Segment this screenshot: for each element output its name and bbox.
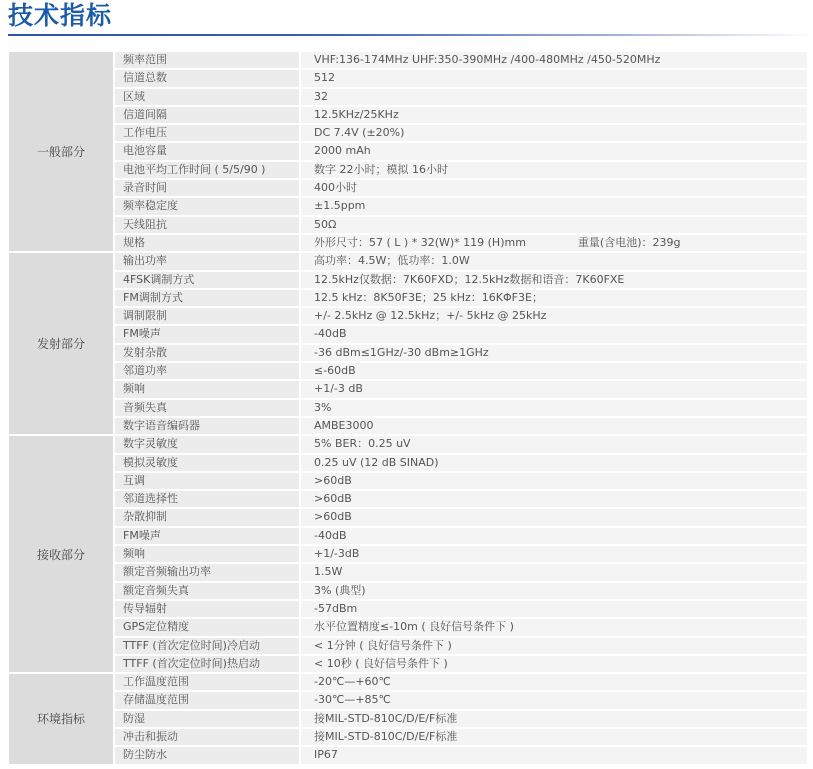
table-row: 互调>60dB xyxy=(115,473,807,489)
spec-value: 50Ω xyxy=(301,217,807,233)
spec-value: -57dBm xyxy=(301,601,807,617)
table-row: 信道总数512 xyxy=(115,70,807,86)
table-row: 额定音频输出功率1.5W xyxy=(115,564,807,580)
table-row: 防湿接MIL-STD-810C/D/E/F标准 xyxy=(115,711,807,727)
table-row: 数字语音编码器AMBE3000 xyxy=(115,418,807,434)
section-general: 一般部分 频率范围VHF:136-174MHz UHF:350-390MHz /… xyxy=(9,52,807,251)
spec-label: 传导辐射 xyxy=(115,601,299,617)
spec-label: 信道间隔 xyxy=(115,107,299,123)
spec-label: 防尘防水 xyxy=(115,747,299,763)
spec-label: 音频失真 xyxy=(115,400,299,416)
spec-value: +/- 2.5kHz @ 12.5kHz；+/- 5kHz @ 25kHz xyxy=(301,308,807,324)
spec-value: DC 7.4V (±20%) xyxy=(301,125,807,141)
spec-value: 2000 mAh xyxy=(301,143,807,159)
spec-value: < 10秒 ( 良好信号条件下 ) xyxy=(301,656,807,672)
spec-label: FM噪声 xyxy=(115,528,299,544)
table-row: 频响+1/-3 dB xyxy=(115,381,807,397)
section-header: 接收部分 xyxy=(9,436,113,672)
table-row: 传导辐射-57dBm xyxy=(115,601,807,617)
spec-label: TTFF (首次定位时间)热启动 xyxy=(115,656,299,672)
spec-label: 频率稳定度 xyxy=(115,198,299,214)
table-row: TTFF (首次定位时间)冷启动< 1分钟 ( 良好信号条件下 ) xyxy=(115,638,807,654)
spec-value: -40dB xyxy=(301,326,807,342)
table-row: 频响+1/-3dB xyxy=(115,546,807,562)
table-row: 电池平均工作时间 ( 5/5/90 )数字 22小时；模拟 16小时 xyxy=(115,162,807,178)
spec-label: FM调制方式 xyxy=(115,290,299,306)
table-row: 存储温度范围-30℃—+85℃ xyxy=(115,692,807,708)
spec-value: 512 xyxy=(301,70,807,86)
spec-label: 信道总数 xyxy=(115,70,299,86)
spec-value: >60dB xyxy=(301,509,807,525)
table-row: 邻道功率≤-60dB xyxy=(115,363,807,379)
table-row: GPS定位精度水平位置精度≤-10m ( 良好信号条件下 ) xyxy=(115,619,807,635)
spec-value: VHF:136-174MHz UHF:350-390MHz /400-480MH… xyxy=(301,52,807,68)
spec-label: 额定音频失真 xyxy=(115,583,299,599)
spec-value: 12.5 kHz：8K50F3E；25 kHz：16KΦF3E； xyxy=(301,290,807,306)
table-row: 频率范围VHF:136-174MHz UHF:350-390MHz /400-4… xyxy=(115,52,807,68)
spec-value: +1/-3 dB xyxy=(301,381,807,397)
table-row: 输出功率高功率：4.5W；低功率：1.0W xyxy=(115,253,807,269)
table-row: 发射杂散-36 dBm≤1GHz/-30 dBm≥1GHz xyxy=(115,345,807,361)
spec-label: 频率范围 xyxy=(115,52,299,68)
spec-value: -40dB xyxy=(301,528,807,544)
spec-value: AMBE3000 xyxy=(301,418,807,434)
table-row: 防尘防水IP67 xyxy=(115,747,807,763)
spec-value: 1.5W xyxy=(301,564,807,580)
spec-label: 邻道功率 xyxy=(115,363,299,379)
title-underline xyxy=(8,34,813,36)
table-row: 模拟灵敏度0.25 uV (12 dB SINAD) xyxy=(115,455,807,471)
spec-value: +1/-3dB xyxy=(301,546,807,562)
table-row: 工作温度范围-20℃—+60℃ xyxy=(115,674,807,690)
spec-label: 杂散抑制 xyxy=(115,509,299,525)
spec-value: 0.25 uV (12 dB SINAD) xyxy=(301,455,807,471)
spec-label: 额定音频输出功率 xyxy=(115,564,299,580)
spec-label: 工作电压 xyxy=(115,125,299,141)
spec-label: 数字语音编码器 xyxy=(115,418,299,434)
section-header: 一般部分 xyxy=(9,52,113,251)
table-row: 额定音频失真3% (典型) xyxy=(115,583,807,599)
spec-value: 外形尺寸：57 ( L ) * 32(W)* 119 (H)mm重量(含电池)：… xyxy=(301,235,807,251)
spec-label: 频响 xyxy=(115,381,299,397)
spec-label: 冲击和振动 xyxy=(115,729,299,745)
spec-value: 400小时 xyxy=(301,180,807,196)
section-receiver: 接收部分 数字灵敏度5% BER：0.25 uV 模拟灵敏度0.25 uV (1… xyxy=(9,436,807,672)
spec-label: 模拟灵敏度 xyxy=(115,455,299,471)
table-row: 录音时间400小时 xyxy=(115,180,807,196)
table-row: 天线阻抗50Ω xyxy=(115,217,807,233)
spec-value: < 1分钟 ( 良好信号条件下 ) xyxy=(301,638,807,654)
section-environment: 环境指标 工作温度范围-20℃—+60℃ 存储温度范围-30℃—+85℃ 防湿接… xyxy=(9,674,807,763)
spec-value: 3% xyxy=(301,400,807,416)
table-row: FM调制方式12.5 kHz：8K50F3E；25 kHz：16KΦF3E； xyxy=(115,290,807,306)
table-row: 杂散抑制>60dB xyxy=(115,509,807,525)
table-row: 规格外形尺寸：57 ( L ) * 32(W)* 119 (H)mm重量(含电池… xyxy=(115,235,807,251)
spec-label: FM噪声 xyxy=(115,326,299,342)
spec-value: 数字 22小时；模拟 16小时 xyxy=(301,162,807,178)
spec-value: ±1.5ppm xyxy=(301,198,807,214)
spec-label: 防湿 xyxy=(115,711,299,727)
table-row: 调制限制+/- 2.5kHz @ 12.5kHz；+/- 5kHz @ 25kH… xyxy=(115,308,807,324)
spec-value: 5% BER：0.25 uV xyxy=(301,436,807,452)
spec-value: 高功率：4.5W；低功率：1.0W xyxy=(301,253,807,269)
spec-label: 数字灵敏度 xyxy=(115,436,299,452)
table-row: FM噪声-40dB xyxy=(115,326,807,342)
spec-value: >60dB xyxy=(301,491,807,507)
dimensions-text: 外形尺寸：57 ( L ) * 32(W)* 119 (H)mm xyxy=(314,236,526,249)
table-row: 数字灵敏度5% BER：0.25 uV xyxy=(115,436,807,452)
spec-value: >60dB xyxy=(301,473,807,489)
spec-label: GPS定位精度 xyxy=(115,619,299,635)
spec-label: 输出功率 xyxy=(115,253,299,269)
section-header: 发射部分 xyxy=(9,253,113,434)
spec-table: 一般部分 频率范围VHF:136-174MHz UHF:350-390MHz /… xyxy=(9,52,807,766)
spec-value: -30℃—+85℃ xyxy=(301,692,807,708)
table-row: 工作电压DC 7.4V (±20%) xyxy=(115,125,807,141)
spec-label: 4FSK调制方式 xyxy=(115,272,299,288)
spec-label: 发射杂散 xyxy=(115,345,299,361)
table-row: 区域32 xyxy=(115,89,807,105)
spec-label: 存储温度范围 xyxy=(115,692,299,708)
spec-label: 规格 xyxy=(115,235,299,251)
spec-label: 互调 xyxy=(115,473,299,489)
page-title: 技术指标 xyxy=(8,0,112,32)
table-row: 音频失真3% xyxy=(115,400,807,416)
spec-label: TTFF (首次定位时间)冷启动 xyxy=(115,638,299,654)
spec-label: 频响 xyxy=(115,546,299,562)
table-row: 冲击和振动接MIL-STD-810C/D/E/F标准 xyxy=(115,729,807,745)
spec-value: 接MIL-STD-810C/D/E/F标准 xyxy=(301,729,807,745)
spec-label: 电池容量 xyxy=(115,143,299,159)
spec-value: -36 dBm≤1GHz/-30 dBm≥1GHz xyxy=(301,345,807,361)
spec-value: -20℃—+60℃ xyxy=(301,674,807,690)
table-row: TTFF (首次定位时间)热启动< 10秒 ( 良好信号条件下 ) xyxy=(115,656,807,672)
spec-value: ≤-60dB xyxy=(301,363,807,379)
spec-label: 工作温度范围 xyxy=(115,674,299,690)
spec-value: 水平位置精度≤-10m ( 良好信号条件下 ) xyxy=(301,619,807,635)
spec-value: 12.5kHz仅数据：7K60FXD；12.5kHz数据和语音：7K60FXE xyxy=(301,272,807,288)
spec-label: 调制限制 xyxy=(115,308,299,324)
table-row: 4FSK调制方式12.5kHz仅数据：7K60FXD；12.5kHz数据和语音：… xyxy=(115,272,807,288)
spec-value: 3% (典型) xyxy=(301,583,807,599)
table-row: 信道间隔12.5KHz/25KHz xyxy=(115,107,807,123)
table-row: 邻道选择性>60dB xyxy=(115,491,807,507)
table-row: FM噪声-40dB xyxy=(115,528,807,544)
spec-value: 接MIL-STD-810C/D/E/F标准 xyxy=(301,711,807,727)
spec-label: 天线阻抗 xyxy=(115,217,299,233)
table-row: 频率稳定度±1.5ppm xyxy=(115,198,807,214)
section-header: 环境指标 xyxy=(9,674,113,763)
spec-label: 邻道选择性 xyxy=(115,491,299,507)
table-row: 电池容量2000 mAh xyxy=(115,143,807,159)
spec-value: IP67 xyxy=(301,747,807,763)
weight-text: 重量(含电池)：239g xyxy=(578,236,681,249)
spec-value: 12.5KHz/25KHz xyxy=(301,107,807,123)
spec-label: 电池平均工作时间 ( 5/5/90 ) xyxy=(115,162,299,178)
section-transmitter: 发射部分 输出功率高功率：4.5W；低功率：1.0W 4FSK调制方式12.5k… xyxy=(9,253,807,434)
spec-label: 区域 xyxy=(115,89,299,105)
spec-label: 录音时间 xyxy=(115,180,299,196)
spec-value: 32 xyxy=(301,89,807,105)
